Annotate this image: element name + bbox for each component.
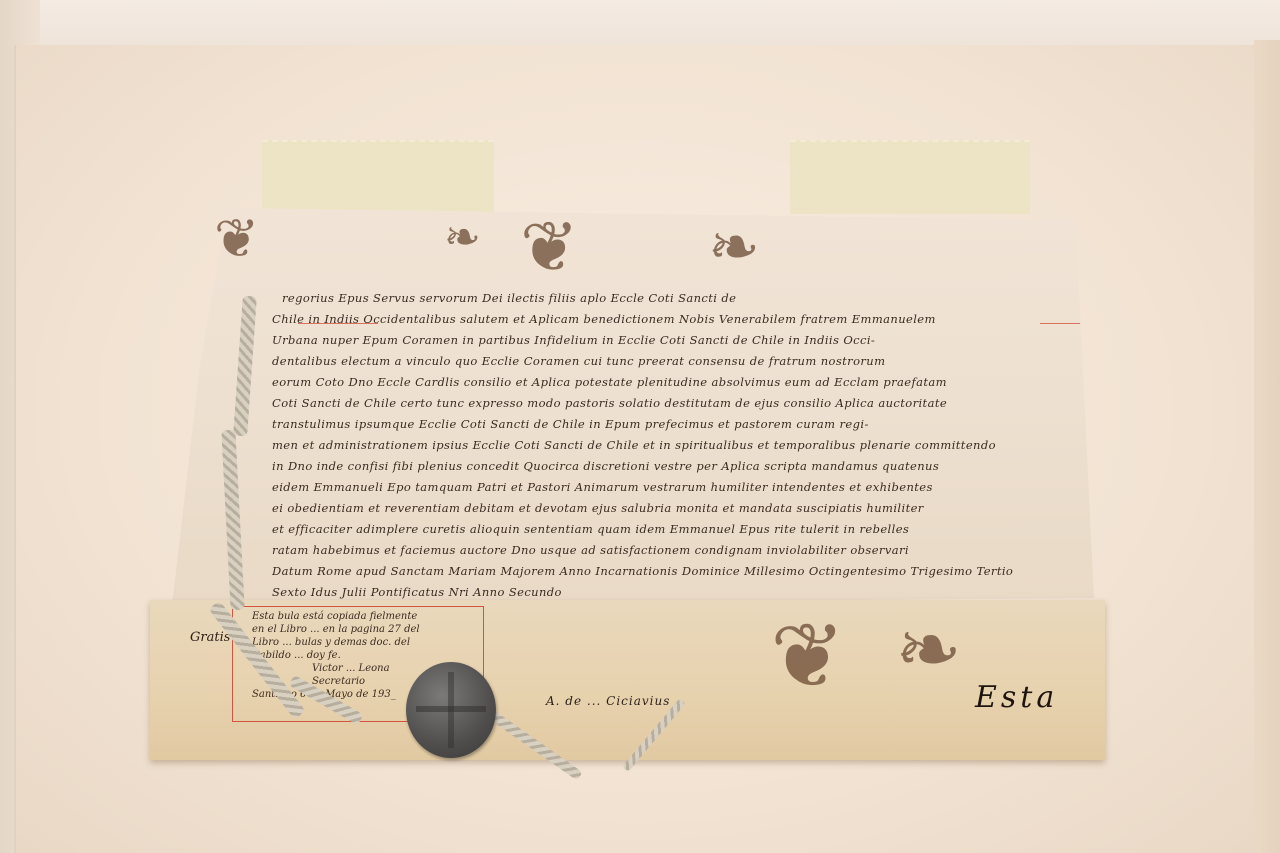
lead-seal-bulla bbox=[406, 662, 496, 758]
signature: A. de ... Ciciavius bbox=[546, 694, 670, 708]
text-line: regorius Epus Servus servorum Dei ilecti… bbox=[272, 288, 1072, 309]
foam-padding bbox=[40, 0, 1280, 47]
text-line: et efficaciter adimplere curetis alioqui… bbox=[272, 519, 1072, 540]
text-line: transtulimus ipsumque Ecclie Coti Sancti… bbox=[272, 414, 1072, 435]
text-line: Chile in Indiis Occidentalibus salutem e… bbox=[272, 309, 1072, 330]
box-side-edge bbox=[1254, 40, 1280, 853]
tissue-hinge-right bbox=[790, 140, 1030, 214]
text-line: eidem Emmanueli Epo tamquam Patri et Pas… bbox=[272, 477, 1072, 498]
text-line: eorum Coto Dno Eccle Cardlis consilio et… bbox=[272, 372, 1072, 393]
text-line: Datum Rome apud Sanctam Mariam Majorem A… bbox=[272, 561, 1072, 582]
flourish-top-center-icon: ❦ bbox=[520, 212, 579, 282]
text-line: in Dno inde confisi fibi plenius concedi… bbox=[272, 456, 1072, 477]
text-line: Urbana nuper Epum Coramen in partibus In… bbox=[272, 330, 1072, 351]
flourish-bottom-right-icon: ❧ bbox=[895, 610, 962, 690]
document-text-block: regorius Epus Servus servorum Dei ilecti… bbox=[272, 288, 1072, 603]
text-line: men et administrationem ipsius Ecclie Co… bbox=[272, 435, 1072, 456]
flourish-top-center-left-icon: ❧ bbox=[444, 216, 481, 260]
note-line: Esta bula está copiada fielmente bbox=[252, 610, 482, 623]
seal-cross-icon bbox=[448, 672, 454, 748]
note-line: Cabildo ... doy fe. bbox=[252, 649, 482, 662]
flourish-bottom-left-icon: ❦ bbox=[770, 612, 845, 702]
flourish-top-left-icon: ❦ bbox=[214, 212, 259, 266]
text-line: ratam habebimus et faciemus auctore Dno … bbox=[272, 540, 1072, 561]
gratis-annotation: Gratis bbox=[190, 630, 230, 645]
note-line: en el Libro ... en la pagina 27 del bbox=[252, 623, 482, 636]
registration-mark: Esta bbox=[975, 680, 1058, 715]
text-line: ei obedientiam et reverentiam debitam et… bbox=[272, 498, 1072, 519]
text-line: Coti Sancti de Chile certo tunc expresso… bbox=[272, 393, 1072, 414]
tissue-hinge-left bbox=[262, 140, 494, 214]
flourish-top-right-icon: ❧ bbox=[708, 216, 760, 278]
note-line: Libro ... bulas y demas doc. del bbox=[252, 636, 482, 649]
text-line: dentalibus electum a vinculo quo Ecclie … bbox=[272, 351, 1072, 372]
